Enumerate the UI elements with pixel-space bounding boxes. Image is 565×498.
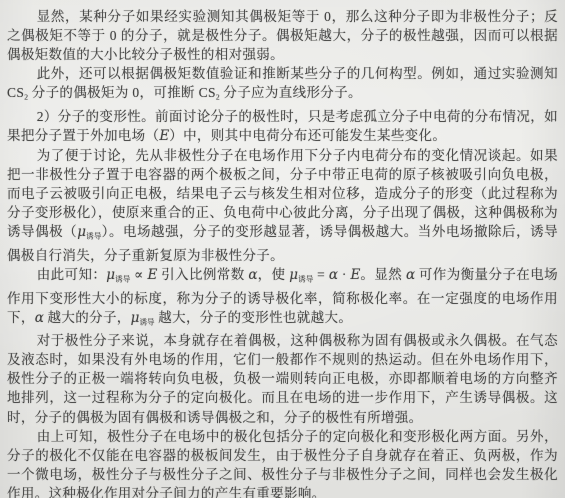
paragraph: 为了便于讨论，先从非极性分子在电场作用下分子内电荷分布的变化情况谈起。如果把一非…	[7, 146, 558, 265]
text-run: 对于极性分子来说，本身就存在着偶极，这种偶极称为固有偶极或永久偶极。在气态及液态…	[7, 333, 558, 424]
paragraph: 此外，还可以根据偶极矩数值验证和推断某些分子的几何构型。例如，通过实验测知 CS…	[7, 64, 558, 107]
subscript-text: 诱导	[139, 317, 154, 326]
text-run: 分子的偶极矩为 0，可推断 CS	[28, 85, 216, 100]
paragraph: 对于极性分子来说，本身就存在着偶极，这种偶极称为固有偶极或永久偶极。在气态及液态…	[7, 331, 558, 426]
text-run: ·	[338, 267, 350, 282]
subscript-text: 诱导	[115, 274, 130, 283]
text-run: 由上可知，极性分子在电场中的极化包括分子的定向极化和变形极化两方面。另外，分子的…	[7, 429, 558, 498]
paragraphs-container: 显然，某种分子如果经实验测知其偶极矩等于 0，那么这种分子即为非极性分子；反之偶…	[7, 7, 558, 498]
text-run: ∝	[130, 267, 147, 282]
math-variable: μ	[106, 267, 115, 283]
text-run: 显然，某种分子如果经实验测知其偶极矩等于 0，那么这种分子即为非极性分子；反之偶…	[7, 9, 558, 62]
text-run: 引入比例常数	[157, 267, 248, 282]
text-run: 由此可知：	[37, 267, 107, 282]
paragraph: 由上可知，极性分子在电场中的极化包括分子的定向极化和变形极化两方面。另外，分子的…	[7, 427, 558, 498]
text-run: 越大，分子的变形性也就越大。	[155, 310, 353, 325]
text-run: ，使	[258, 267, 290, 282]
text-run: 。显然	[360, 267, 406, 282]
math-variable: E	[159, 128, 169, 144]
text-run: 分子应为直线形分子。	[220, 85, 362, 100]
scanned-book-page: 显然，某种分子如果经实验测知其偶极矩等于 0，那么这种分子即为非极性分子；反之偶…	[0, 0, 565, 498]
paragraph: 由此可知：μ诱导 ∝ E 引入比例常数 α，使 μ诱导 = α · E。显然 α…	[7, 265, 558, 331]
math-variable: α	[35, 310, 44, 326]
text-run: ）中，则其中电荷分布还可能发生某些变化。	[169, 128, 446, 143]
math-variable: α	[248, 267, 257, 283]
subscript-text: 诱导	[298, 274, 313, 283]
subscript-text: 诱导	[86, 232, 102, 241]
math-variable: μ	[77, 224, 86, 240]
paragraph: 2）分子的变形性。前面讨论分子的极性时，只是考虑孤立分子中电荷的分布情况，如果把…	[7, 107, 558, 146]
paragraph: 显然，某种分子如果经实验测知其偶极矩等于 0，那么这种分子即为非极性分子；反之偶…	[7, 7, 558, 64]
text-run: ）。电场越强，分子的变形越显著，诱导偶极越大。当外电场撤除后，诱导偶极自行消失，…	[7, 224, 558, 263]
math-variable: E	[350, 267, 360, 283]
text-run: =	[313, 267, 329, 282]
math-variable: E	[147, 267, 157, 283]
math-variable: α	[329, 267, 338, 283]
text-run: 越大的分子，	[44, 310, 131, 325]
math-variable: μ	[289, 267, 298, 283]
math-variable: α	[406, 267, 415, 283]
